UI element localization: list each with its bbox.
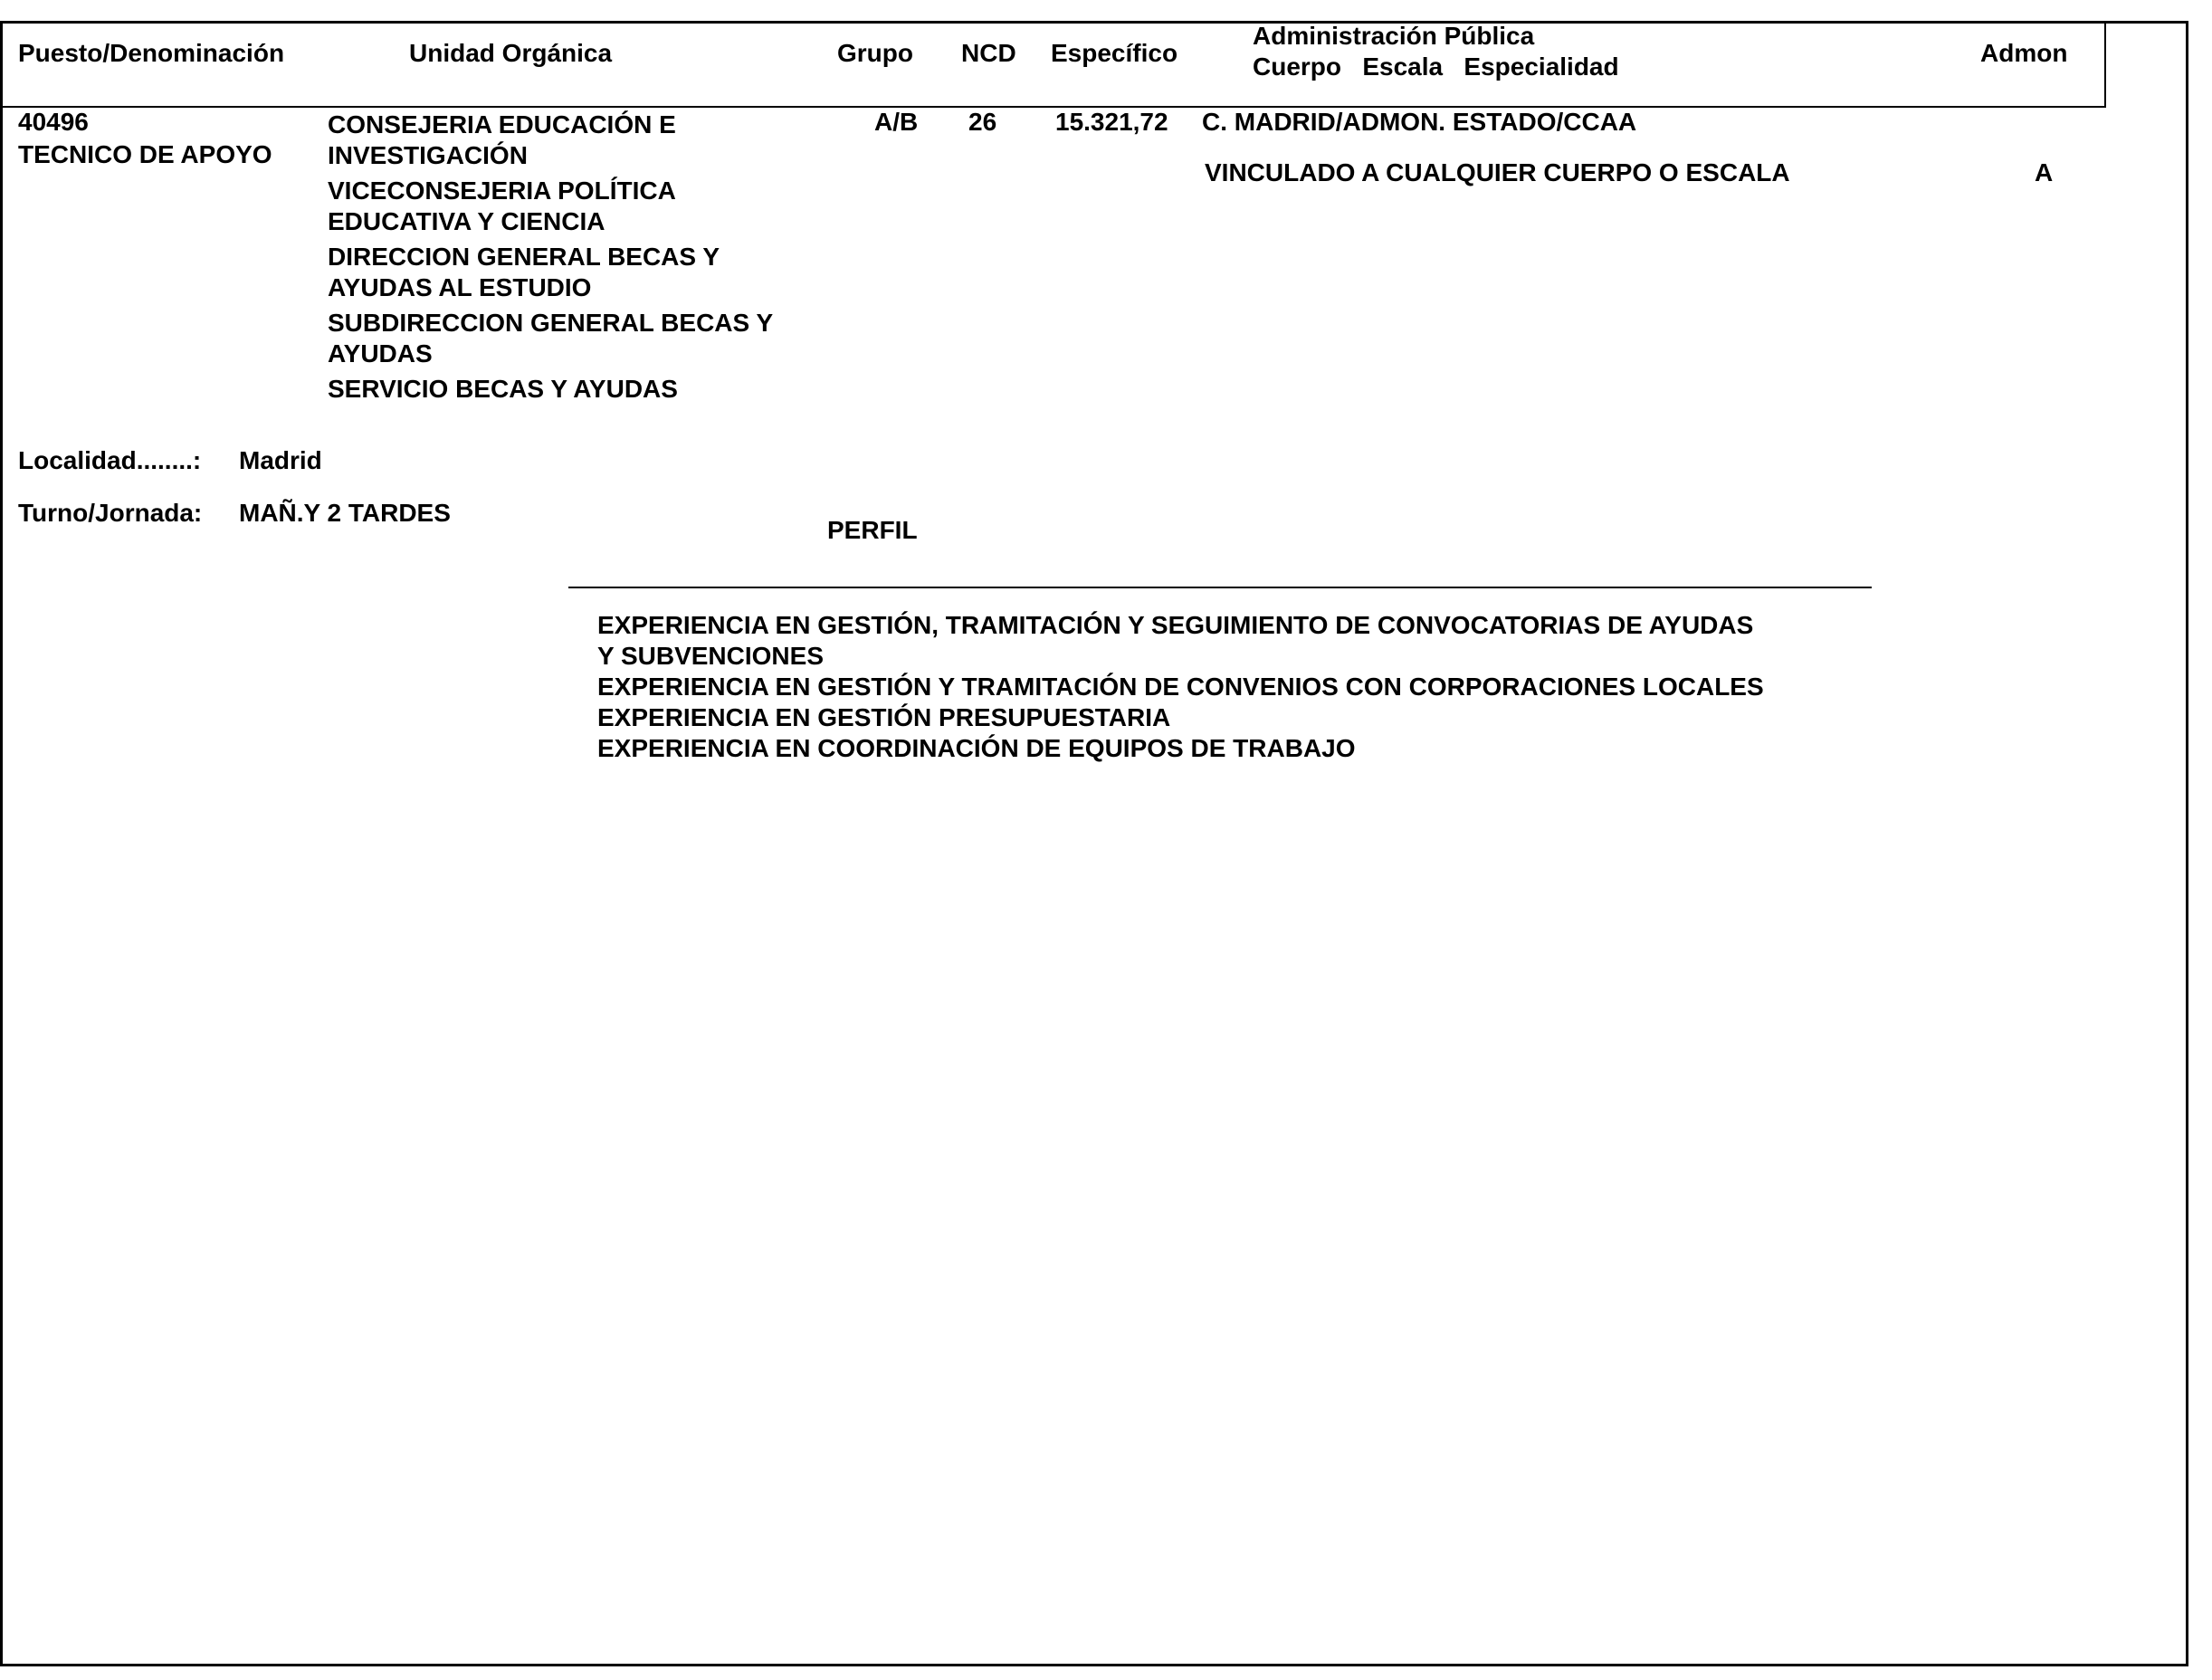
- perfil-line: EXPERIENCIA EN GESTIÓN, TRAMITACIÓN Y SE…: [597, 610, 1764, 641]
- unidad-organica-line: VICECONSEJERIA POLÍTICA: [328, 176, 773, 206]
- admon-value: A: [2035, 157, 2053, 188]
- unidad-organica-line: CONSEJERIA EDUCACIÓN E: [328, 110, 773, 140]
- header-administracion-publica: Administración Pública: [1253, 22, 1534, 51]
- perfil-line: Y SUBVENCIONES: [597, 641, 1764, 672]
- ncd-value: 26: [968, 107, 996, 138]
- unidad-organica-line: DIRECCION GENERAL BECAS Y: [328, 242, 773, 272]
- localidad-label: Localidad........:: [18, 445, 201, 476]
- perfil-divider: [568, 587, 1872, 588]
- header-unidad-organica: Unidad Orgánica: [409, 39, 612, 68]
- unidad-organica-line: AYUDAS AL ESTUDIO: [328, 272, 773, 303]
- administracion-value: C. MADRID/ADMON. ESTADO/CCAA: [1202, 107, 1636, 138]
- perfil-line: EXPERIENCIA EN GESTIÓN PRESUPUESTARIA: [597, 702, 1764, 733]
- unidad-organica-line: EDUCATIVA Y CIENCIA: [328, 206, 773, 237]
- header-ncd: NCD: [961, 39, 1016, 68]
- header-grupo: Grupo: [837, 39, 913, 68]
- unidad-organica-line: AYUDAS: [328, 339, 773, 369]
- grupo-value: A/B: [874, 107, 918, 138]
- unidad-organica-list: CONSEJERIA EDUCACIÓN E INVESTIGACIÓN VIC…: [328, 110, 773, 405]
- header-puesto: Puesto/Denominación: [18, 39, 284, 68]
- perfil-line: EXPERIENCIA EN GESTIÓN Y TRAMITACIÓN DE …: [597, 672, 1764, 702]
- perfil-requirements: EXPERIENCIA EN GESTIÓN, TRAMITACIÓN Y SE…: [597, 610, 1764, 764]
- perfil-line: EXPERIENCIA EN COORDINACIÓN DE EQUIPOS D…: [597, 733, 1764, 764]
- unidad-organica-line: SUBDIRECCION GENERAL BECAS Y: [328, 308, 773, 339]
- puesto-codigo: 40496: [18, 107, 89, 138]
- header-especifico: Específico: [1051, 39, 1178, 68]
- cuerpo-escala-value: VINCULADO A CUALQUIER CUERPO O ESCALA: [1205, 157, 1790, 188]
- localidad-value: Madrid: [239, 445, 322, 476]
- puesto-denominacion: TECNICO DE APOYO: [18, 139, 272, 170]
- unidad-organica-line: SERVICIO BECAS Y AYUDAS: [328, 374, 773, 405]
- especifico-value: 15.321,72: [1055, 107, 1168, 138]
- header-cuerpo-escala-especialidad: Cuerpo Escala Especialidad: [1253, 52, 1619, 81]
- perfil-title: PERFIL: [827, 515, 918, 546]
- unidad-organica-line: INVESTIGACIÓN: [328, 140, 773, 171]
- turno-jornada-value: MAÑ.Y 2 TARDES: [239, 498, 451, 529]
- header-admon: Admon: [1980, 39, 2067, 68]
- turno-jornada-label: Turno/Jornada:: [18, 498, 202, 529]
